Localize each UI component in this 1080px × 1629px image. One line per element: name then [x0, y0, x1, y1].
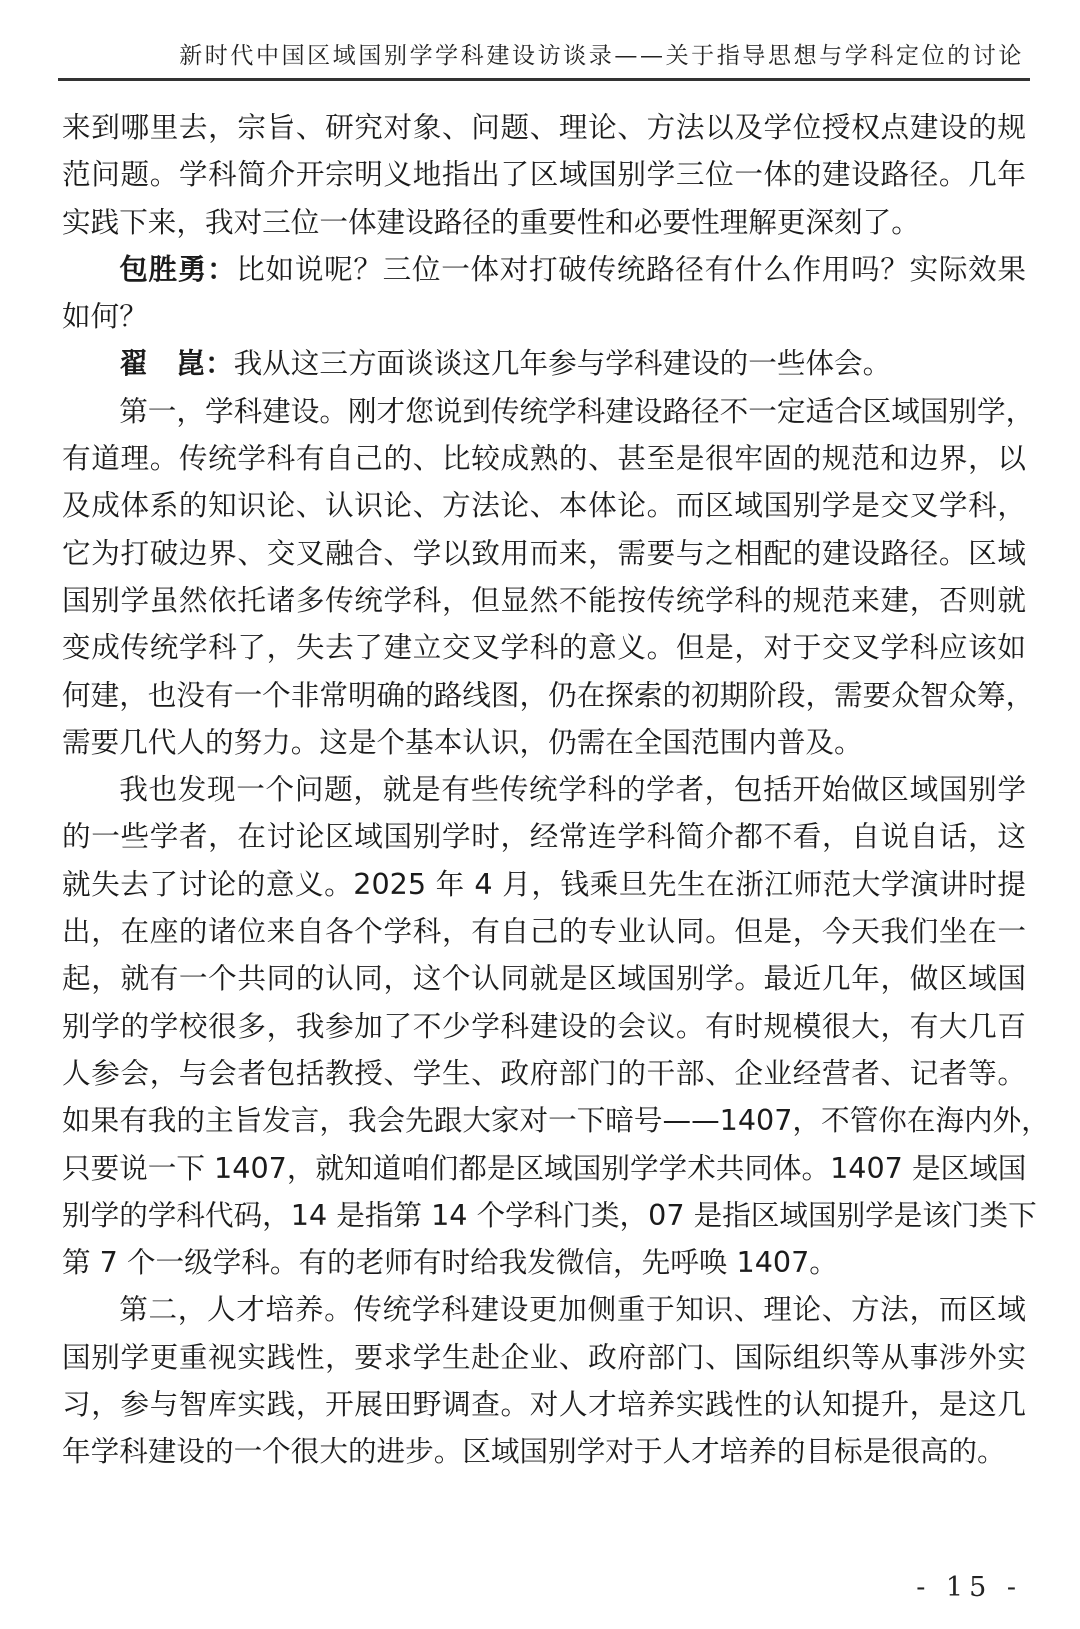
text-line: 来到哪里去，宗旨、研究对象、问题、理论、方法以及学位授权点建设的规 — [62, 104, 1026, 151]
text-line: 只要说一下 1407，就知道咱们都是区域国别学学术共同体。1407 是区域国 — [62, 1145, 1026, 1192]
paragraph: 包胜勇：比如说呢？三位一体对打破传统路径有什么作用吗？实际效果如何？ — [62, 246, 1026, 341]
speaker-name: 翟 崑： — [119, 346, 233, 380]
speech-text: 比如说呢？三位一体对打破传统路径有什么作用吗？实际效果 — [236, 252, 1026, 286]
text-line: 年学科建设的一个很大的进步。区域国别学对于人才培养的目标是很高的。 — [62, 1428, 1026, 1475]
paragraph: 翟 崑：我从这三方面谈谈这几年参与学科建设的一些体会。 — [62, 340, 1026, 387]
text-line: 别学的学校很多，我参加了不少学科建设的会议。有时规模很大，有大几百 — [62, 1003, 1026, 1050]
speaker-name: 包胜勇： — [119, 252, 236, 286]
paragraph: 第一，学科建设。刚才您说到传统学科建设路径不一定适合区域国别学，有道理。传统学科… — [62, 388, 1026, 766]
text-line: 就失去了讨论的意义。2025 年 4 月，钱乘旦先生在浙江师范大学演讲时提 — [62, 861, 1026, 908]
paragraph: 来到哪里去，宗旨、研究对象、问题、理论、方法以及学位授权点建设的规范问题。学科简… — [62, 104, 1026, 246]
text-line: 变成传统学科了，失去了建立交叉学科的意义。但是，对于交叉学科应该如 — [62, 624, 1026, 671]
text-line: 别学的学科代码，14 是指第 14 个学科门类，07 是指区域国别学是该门类下 — [62, 1192, 1026, 1239]
text-line: 习，参与智库实践，开展田野调查。对人才培养实践性的认知提升，是这几 — [62, 1381, 1026, 1428]
text-line: 它为打破边界、交叉融合、学以致用而来，需要与之相配的建设路径。区域 — [62, 530, 1026, 577]
text-line: 如果有我的主旨发言，我会先跟大家对一下暗号——1407，不管你在海内外， — [62, 1097, 1026, 1144]
text-line: 第二，人才培养。传统学科建设更加侧重于知识、理论、方法，而区域 — [62, 1286, 1026, 1333]
text-line: 国别学更重视实践性，要求学生赴企业、政府部门、国际组织等从事涉外实 — [62, 1334, 1026, 1381]
text-line: 出，在座的诸位来自各个学科，有自己的专业认同。但是，今天我们坐在一 — [62, 908, 1026, 955]
text-line: 人参会，与会者包括教授、学生、政府部门的干部、企业经营者、记者等。 — [62, 1050, 1026, 1097]
text-line: 需要几代人的努力。这是个基本认识，仍需在全国范围内普及。 — [62, 719, 1026, 766]
text-line: 第一，学科建设。刚才您说到传统学科建设路径不一定适合区域国别学， — [62, 388, 1026, 435]
text-line: 翟 崑：我从这三方面谈谈这几年参与学科建设的一些体会。 — [62, 340, 1026, 387]
text-line: 第 7 个一级学科。有的老师有时给我发微信，先呼唤 1407。 — [62, 1239, 1026, 1286]
text-line: 我也发现一个问题，就是有些传统学科的学者，包括开始做区域国别学 — [62, 766, 1026, 813]
text-line: 实践下来，我对三位一体建设路径的重要性和必要性理解更深刻了。 — [62, 199, 1026, 246]
paragraph: 我也发现一个问题，就是有些传统学科的学者，包括开始做区域国别学的一些学者，在讨论… — [62, 766, 1026, 1286]
speech-text: 我从这三方面谈谈这几年参与学科建设的一些体会。 — [234, 346, 892, 380]
running-title: 新时代中国区域国别学学科建设访谈录——关于指导思想与学科定位的讨论 — [179, 43, 1024, 69]
header-rule — [58, 78, 1030, 81]
page-number: - 15 - — [916, 1572, 1022, 1603]
text-line: 国别学虽然依托诸多传统学科，但显然不能按传统学科的规范来建，否则就 — [62, 577, 1026, 624]
text-line: 起，就有一个共同的认同，这个认同就是区域国别学。最近几年，做区域国 — [62, 955, 1026, 1002]
text-line: 何建，也没有一个非常明确的路线图，仍在探索的初期阶段，需要众智众筹， — [62, 672, 1026, 719]
text-line: 包胜勇：比如说呢？三位一体对打破传统路径有什么作用吗？实际效果 — [62, 246, 1026, 293]
text-line: 有道理。传统学科有自己的、比较成熟的、甚至是很牢固的规范和边界，以 — [62, 435, 1026, 482]
article-body: 来到哪里去，宗旨、研究对象、问题、理论、方法以及学位授权点建设的规范问题。学科简… — [62, 104, 1026, 1476]
text-line: 范问题。学科简介开宗明义地指出了区域国别学三位一体的建设路径。几年 — [62, 151, 1026, 198]
paragraph: 第二，人才培养。传统学科建设更加侧重于知识、理论、方法，而区域国别学更重视实践性… — [62, 1286, 1026, 1475]
running-header: 新时代中国区域国别学学科建设访谈录——关于指导思想与学科定位的讨论 — [58, 36, 1030, 76]
text-line: 及成体系的知识论、认识论、方法论、本体论。而区域国别学是交叉学科， — [62, 482, 1026, 529]
text-line: 的一些学者，在讨论区域国别学时，经常连学科简介都不看，自说自话，这 — [62, 813, 1026, 860]
text-line: 如何？ — [62, 293, 1026, 340]
